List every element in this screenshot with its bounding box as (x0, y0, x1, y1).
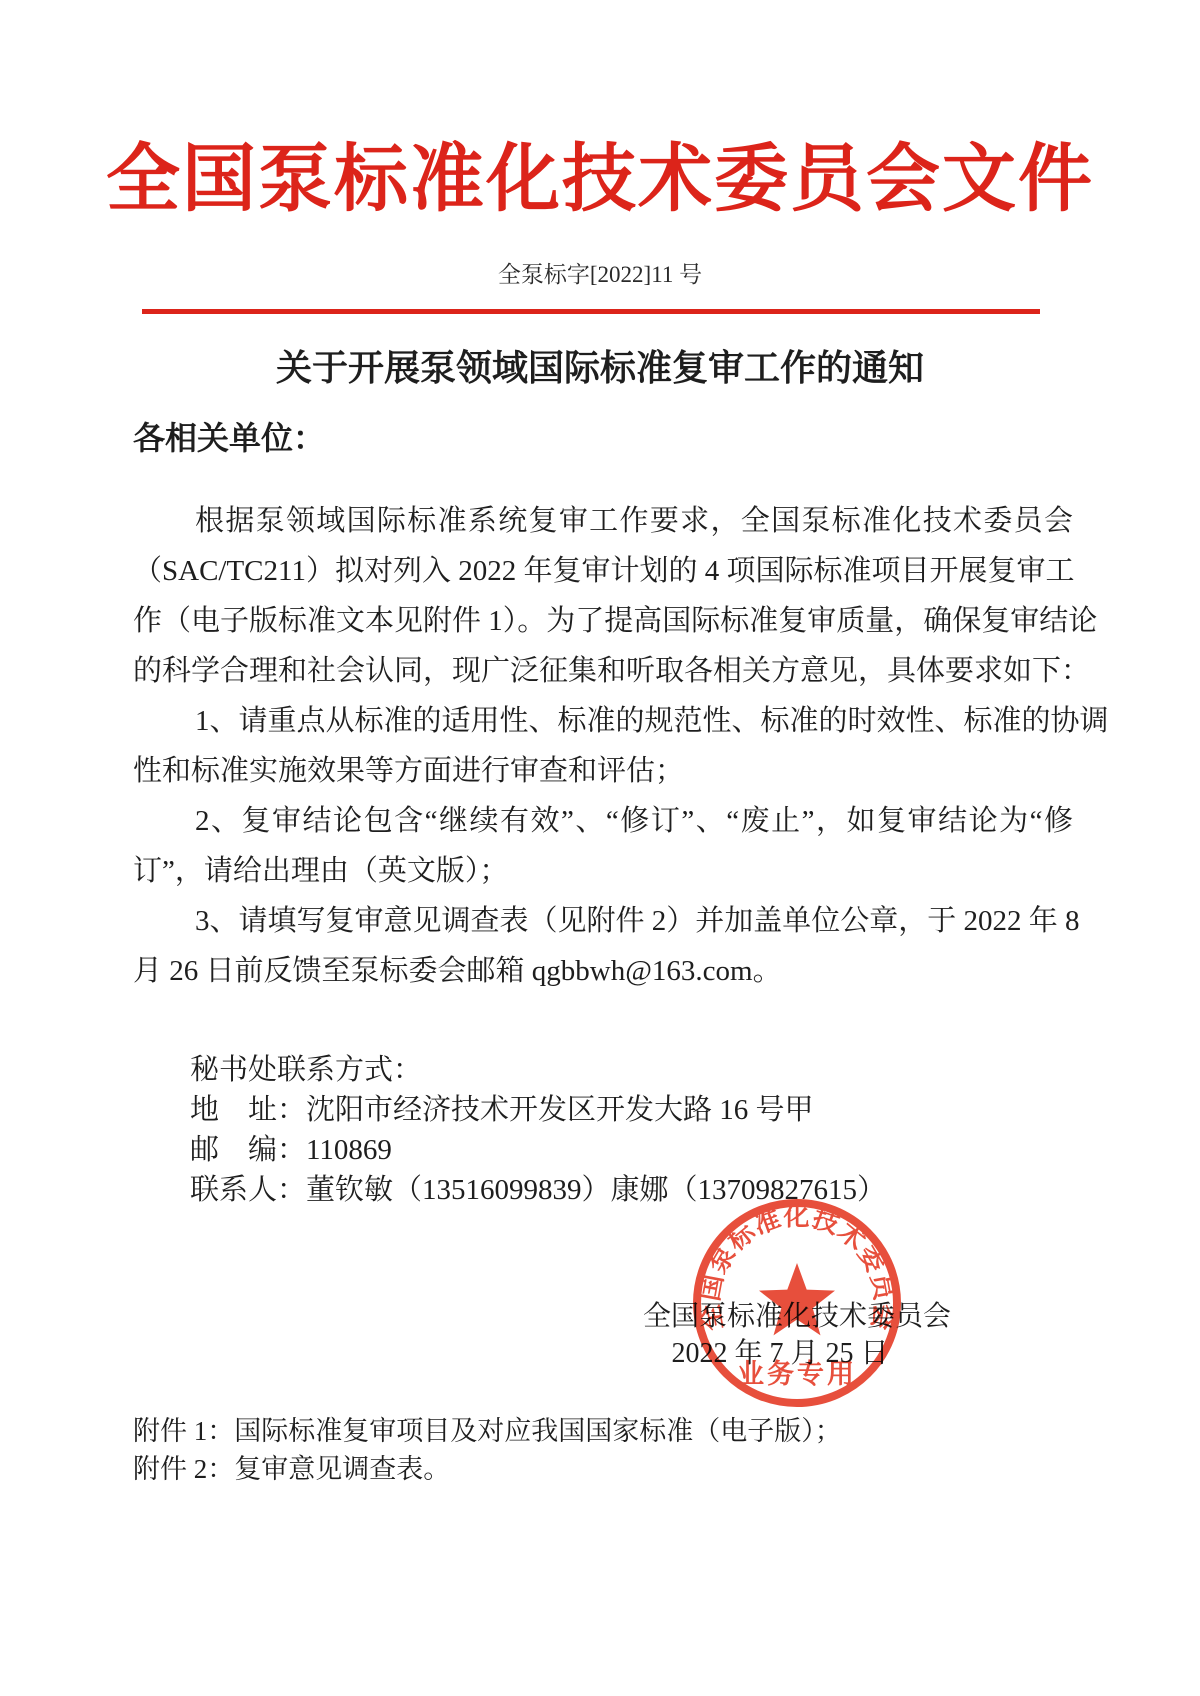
body-line: 月 26 日前反馈至泵标委会邮箱 qgbbwh@163.com。 (133, 946, 1073, 996)
doc-number: 全泵标字[2022]11 号 (0, 261, 1200, 289)
body-line: 根据泵领域国际标准系统复审工作要求，全国泵标准化技术委员会 (133, 496, 1073, 546)
body-line: 性和标准实施效果等方面进行审查和评估； (133, 746, 1073, 796)
body-line: 作（电子版标准文本见附件 1）。为了提高国际标准复审质量，确保复审结论 (133, 596, 1073, 646)
letterhead-title: 全国泵标准化技术委员会文件 (0, 140, 1200, 221)
contact-address: 地 址：沈阳市经济技术开发区开发大路 16 号甲 (190, 1090, 886, 1130)
official-seal: 全国泵标准化技术委员会 业务专用 (691, 1197, 903, 1409)
contact-postcode: 邮 编：110869 (190, 1130, 886, 1170)
body-line: 1、请重点从标准的适用性、标准的规范性、标准的时效性、标准的协调 (133, 696, 1073, 746)
body-line: 2、复审结论包含“继续有效”、“修订”、“废止”，如复审结论为“修 (133, 796, 1073, 846)
attachment-note-1: 附件 1：国际标准复审项目及对应我国国家标准（电子版）； (133, 1412, 842, 1450)
body-line: （SAC/TC211）拟对列入 2022 年复审计划的 4 项国际标准项目开展复… (133, 546, 1073, 596)
official-document-page: 全国泵标准化技术委员会文件 全泵标字[2022]11 号 关于开展泵领域国际标准… (0, 0, 1200, 1696)
attachments-block: 附件 1：国际标准复审项目及对应我国国家标准（电子版）； 附件 2：复审意见调查… (133, 1412, 842, 1488)
secretariat-contact-block: 秘书处联系方式： 地 址：沈阳市经济技术开发区开发大路 16 号甲 邮 编：11… (190, 1050, 886, 1210)
red-separator-rule (142, 309, 1040, 314)
salutation: 各相关单位： (133, 419, 325, 457)
attachment-note-2: 附件 2：复审意见调查表。 (133, 1450, 842, 1488)
seal-bottom-text: 业务专用 (737, 1358, 857, 1389)
body-line: 订”，请给出理由（英文版）； (133, 846, 1073, 896)
seal-star-icon (759, 1263, 835, 1335)
notice-body: 根据泵领域国际标准系统复审工作要求，全国泵标准化技术委员会 （SAC/TC211… (133, 496, 1073, 996)
body-line: 的科学合理和社会认同，现广泛征集和听取各相关方意见，具体要求如下： (133, 646, 1073, 696)
body-line: 3、请填写复审意见调查表（见附件 2）并加盖单位公章，于 2022 年 8 (133, 896, 1073, 946)
notice-title: 关于开展泵领域国际标准复审工作的通知 (0, 347, 1200, 390)
contact-heading: 秘书处联系方式： (190, 1050, 886, 1090)
